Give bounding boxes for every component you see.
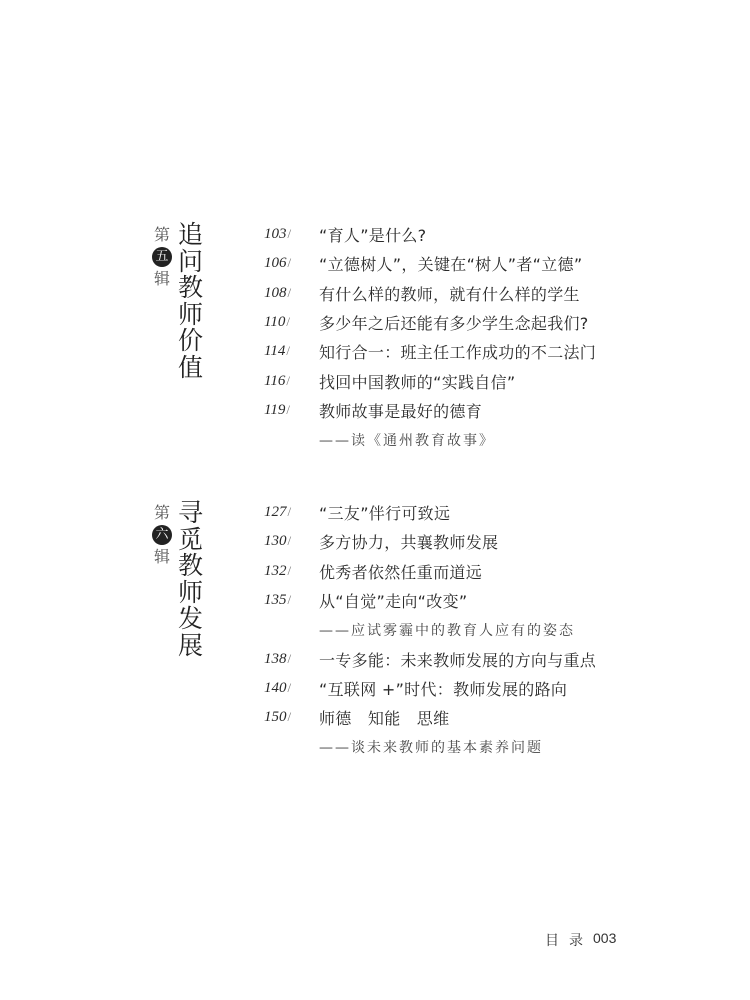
toc-entry[interactable]: 135/从“自觉”走向“改变” bbox=[264, 586, 596, 615]
page-number: 110/ bbox=[264, 314, 319, 331]
page-number: 106/ bbox=[264, 255, 319, 272]
entry-title: 从“自觉”走向“改变” bbox=[319, 589, 467, 612]
page-number: 132/ bbox=[264, 563, 319, 580]
toc-entry[interactable]: 103/“育人”是什么? bbox=[264, 220, 596, 249]
toc-entry[interactable]: 127/“三友”伴行可致远 bbox=[264, 498, 596, 527]
toc-entry[interactable]: 132/优秀者依然任重而道远 bbox=[264, 557, 596, 586]
title-char: 师 bbox=[178, 580, 203, 607]
toc-entry[interactable]: 138/一专多能：未来教师发展的方向与重点 bbox=[264, 644, 596, 673]
toc-entry[interactable]: 140/“互联网 +”时代：教师发展的路向 bbox=[264, 674, 596, 703]
section-6-label: 第 六 辑 bbox=[152, 502, 172, 568]
toc-entry[interactable]: 108/有什么样的教师，就有什么样的学生 bbox=[264, 279, 596, 308]
page-number: 127/ bbox=[264, 504, 319, 521]
entry-title: “三友”伴行可致远 bbox=[319, 501, 450, 524]
entry-title: 优秀者依然任重而道远 bbox=[319, 560, 482, 583]
footer-page-number: 003 bbox=[593, 930, 616, 950]
entry-title: “育人”是什么? bbox=[319, 223, 426, 246]
entry-title: 找回中国教师的“实践自信” bbox=[319, 370, 515, 393]
section-5-label: 第 五 辑 bbox=[152, 224, 172, 290]
section-label-prefix: 第 bbox=[154, 224, 170, 246]
entry-title: 有什么样的教师，就有什么样的学生 bbox=[319, 282, 580, 305]
entry-title: “立德树人”，关键在“树人”者“立德” bbox=[319, 252, 582, 275]
page-number: 150/ bbox=[264, 709, 319, 726]
toc-entry[interactable]: 116/找回中国教师的“实践自信” bbox=[264, 366, 596, 395]
entry-subtitle: ——读《通州教育故事》 bbox=[264, 425, 596, 454]
page-number: 116/ bbox=[264, 373, 319, 390]
section-5-title: 追 问 教 师 价 值 bbox=[178, 222, 203, 381]
toc-entry[interactable]: 150/师德 知能 思维 bbox=[264, 703, 596, 732]
page-number: 119/ bbox=[264, 402, 319, 419]
toc-entry[interactable]: 106/“立德树人”，关键在“树人”者“立德” bbox=[264, 249, 596, 278]
entry-title: 教师故事是最好的德育 bbox=[319, 399, 482, 422]
title-char: 展 bbox=[178, 633, 203, 660]
entry-title: 师德 知能 思维 bbox=[319, 706, 449, 729]
title-char: 追 bbox=[178, 222, 203, 249]
page-number: 130/ bbox=[264, 533, 319, 550]
title-char: 价 bbox=[178, 328, 203, 355]
entry-title: 一专多能：未来教师发展的方向与重点 bbox=[319, 648, 596, 671]
page-number: 103/ bbox=[264, 226, 319, 243]
section-5-entries: 103/“育人”是什么? 106/“立德树人”，关键在“树人”者“立德” 108… bbox=[264, 220, 596, 454]
page-footer: 目 录 003 bbox=[545, 930, 616, 950]
section-number-badge: 五 bbox=[152, 247, 172, 267]
title-char: 发 bbox=[178, 606, 203, 633]
footer-label: 录 bbox=[569, 930, 583, 950]
section-6-title: 寻 觅 教 师 发 展 bbox=[178, 500, 203, 659]
toc-entry[interactable]: 130/多方协力，共襄教师发展 bbox=[264, 527, 596, 556]
page-number: 138/ bbox=[264, 651, 319, 668]
toc-entry[interactable]: 110/多少年之后还能有多少学生念起我们? bbox=[264, 308, 596, 337]
title-char: 师 bbox=[178, 302, 203, 329]
title-char: 教 bbox=[178, 553, 203, 580]
section-label-suffix: 辑 bbox=[154, 268, 170, 290]
section-6-entries: 127/“三友”伴行可致远 130/多方协力，共襄教师发展 132/优秀者依然任… bbox=[264, 498, 596, 762]
page-number: 140/ bbox=[264, 680, 319, 697]
section-label-prefix: 第 bbox=[154, 502, 170, 524]
footer-label: 目 bbox=[545, 930, 559, 950]
page-number: 114/ bbox=[264, 343, 319, 360]
section-label-suffix: 辑 bbox=[154, 546, 170, 568]
toc-entry[interactable]: 114/知行合一：班主任工作成功的不二法门 bbox=[264, 337, 596, 366]
page-number: 108/ bbox=[264, 285, 319, 302]
entry-title: 多少年之后还能有多少学生念起我们? bbox=[319, 311, 589, 334]
entry-title: “互联网 +”时代：教师发展的路向 bbox=[319, 677, 567, 700]
entry-title: 知行合一：班主任工作成功的不二法门 bbox=[319, 340, 596, 363]
title-char: 值 bbox=[178, 355, 203, 382]
toc-entry[interactable]: 119/教师故事是最好的德育 bbox=[264, 396, 596, 425]
page-number: 135/ bbox=[264, 592, 319, 609]
title-char: 寻 bbox=[178, 500, 203, 527]
title-char: 问 bbox=[178, 249, 203, 276]
section-number-badge: 六 bbox=[152, 525, 172, 545]
entry-subtitle: ——谈未来教师的基本素养问题 bbox=[264, 732, 596, 761]
title-char: 觅 bbox=[178, 527, 203, 554]
entry-title: 多方协力，共襄教师发展 bbox=[319, 530, 498, 553]
title-char: 教 bbox=[178, 275, 203, 302]
entry-subtitle: ——应试雾霾中的教育人应有的姿态 bbox=[264, 615, 596, 644]
